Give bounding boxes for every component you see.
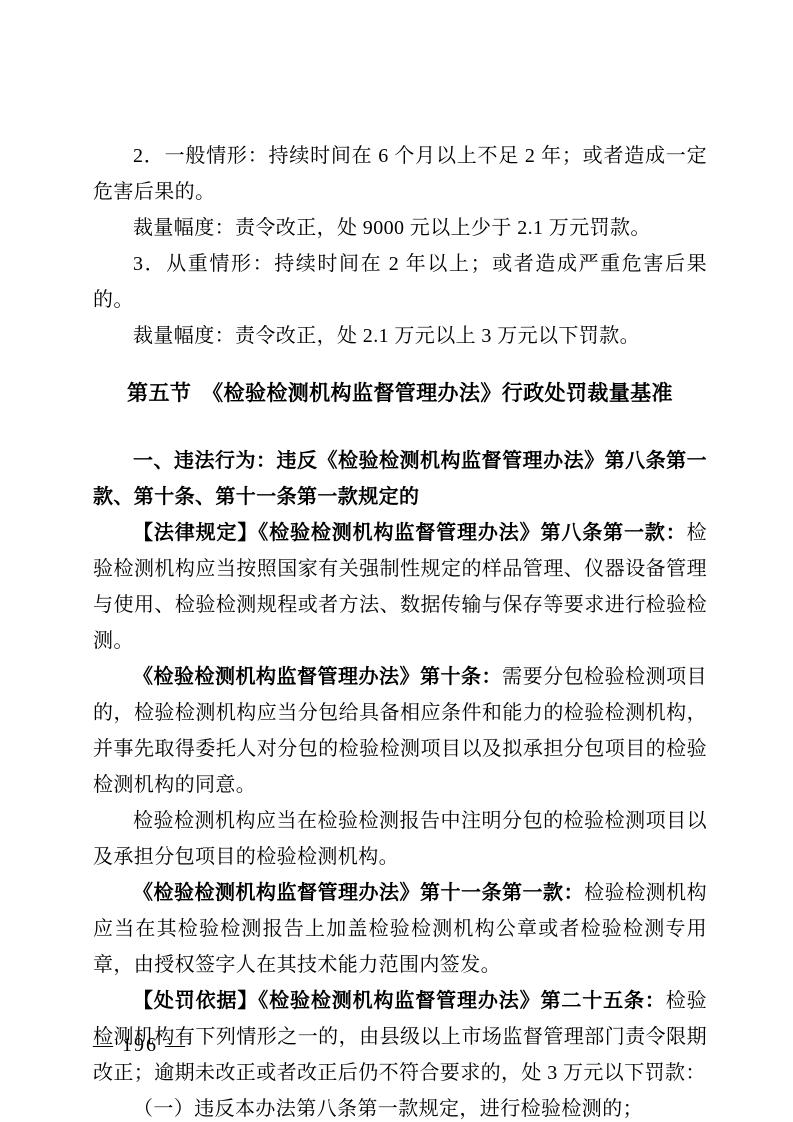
section-heading: 第五节 《检验检测机构监督管理办法》行政处罚裁量基准 — [93, 375, 707, 412]
paragraph-article10: 《检验检测机构监督管理办法》第十条：需要分包检验检测项目的，检验检测机构应当分包… — [93, 659, 707, 803]
paragraph-severe-case: 3．从重情形：持续时间在 2 年以上；或者造成严重危害后果的。 — [93, 246, 707, 318]
article10-label: 《检验检测机构监督管理办法》第十条： — [133, 666, 502, 688]
document-content: 2．一般情形：持续时间在 6 个月以上不足 2 年；或者造成一定危害后果的。 裁… — [93, 138, 707, 1122]
document-page: 2．一般情形：持续时间在 6 个月以上不足 2 年；或者造成一定危害后果的。 裁… — [0, 0, 793, 1122]
paragraph-fine-range-1: 裁量幅度：责令改正，处 9000 元以上少于 2.1 万元罚款。 — [93, 210, 707, 246]
article11-label: 《检验检测机构监督管理办法》第十一条第一款： — [133, 882, 584, 904]
paragraph-subitem-1: （一）违反本办法第八条第一款规定，进行检验检测的； — [93, 1091, 707, 1122]
paragraph-fine-range-2: 裁量幅度：责令改正，处 2.1 万元以上 3 万元以下罚款。 — [93, 318, 707, 354]
penalty-basis-label: 【处罚依据】《检验检测机构监督管理办法》第二十五条： — [133, 990, 666, 1012]
paragraph-legal-provision-article8: 【法律规定】《检验检测机构监督管理办法》第八条第一款：检验检测机构应当按照国家有… — [93, 515, 707, 659]
paragraph-article11: 《检验检测机构监督管理办法》第十一条第一款：检验检测机构应当在其检验检测报告上加… — [93, 875, 707, 983]
paragraph-general-case: 2．一般情形：持续时间在 6 个月以上不足 2 年；或者造成一定危害后果的。 — [93, 138, 707, 210]
paragraph-violation-statement: 一、违法行为：违反《检验检测机构监督管理办法》第八条第一款、第十条、第十一条第一… — [93, 443, 707, 515]
paragraph-article10-second-clause: 检验检测机构应当在检验检测报告中注明分包的检验检测项目以及承担分包项目的检验检测… — [93, 803, 707, 875]
page-number: — 196 — — [93, 1031, 187, 1059]
legal-provision-label: 【法律规定】《检验检测机构监督管理办法》第八条第一款： — [133, 522, 687, 544]
